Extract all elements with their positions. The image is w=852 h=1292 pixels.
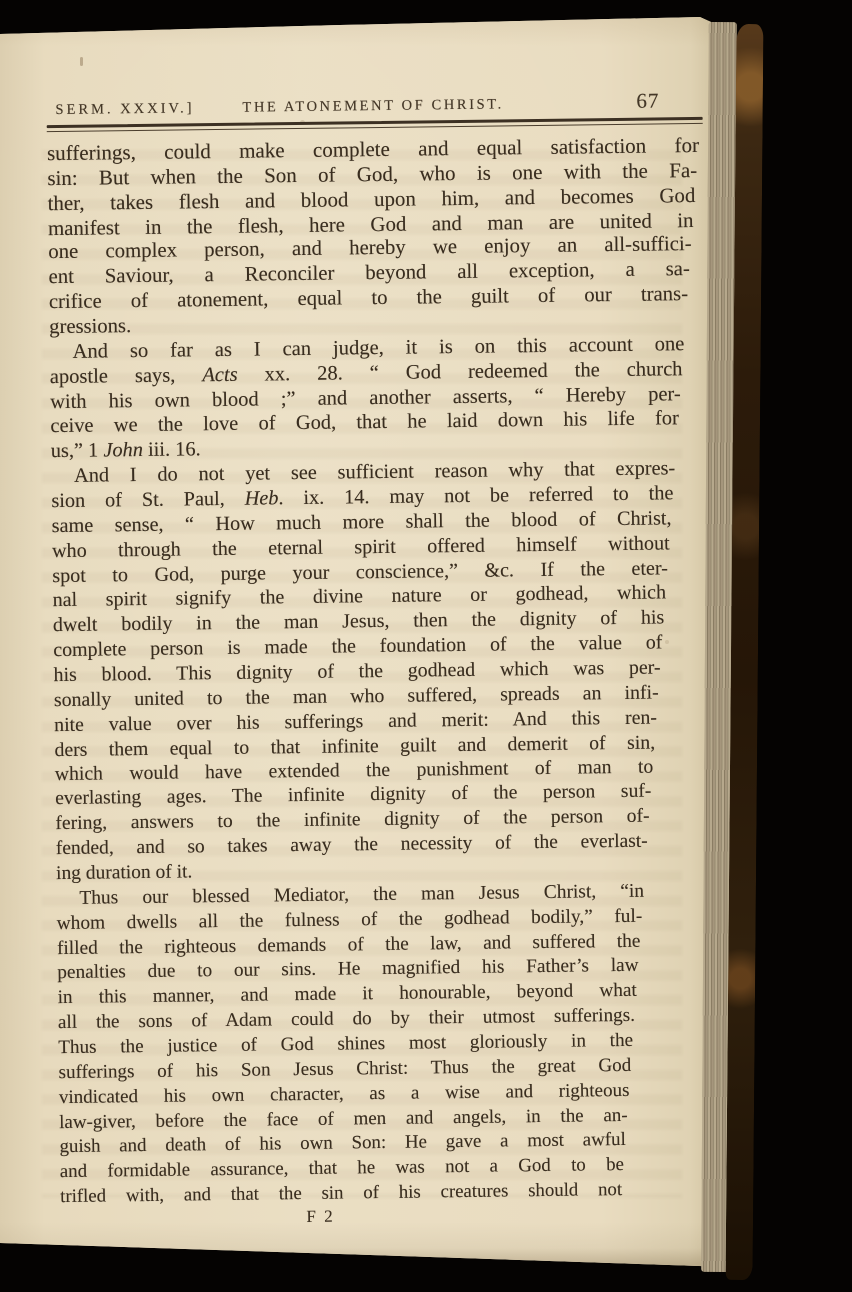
text-segment: and formidable assurance, that he was no… bbox=[60, 1154, 624, 1182]
book-photo: SERM. XXXIV.] THE ATONEMENT OF CHRIST. 6… bbox=[0, 0, 852, 1292]
text-segment: sion of St. Paul, bbox=[51, 488, 245, 512]
text-segment: ing duration of it. bbox=[56, 861, 193, 884]
page-number: 67 bbox=[636, 88, 659, 113]
text-segment: . ix. 14. may not be referred to the bbox=[278, 482, 673, 509]
section-label: SERM. XXXIV.] bbox=[55, 100, 194, 119]
text-segment: gressions. bbox=[49, 315, 131, 338]
text-segment: apostle says, bbox=[50, 364, 203, 388]
text-segment: guish and death of his own Son: He gave … bbox=[59, 1129, 626, 1157]
text-segment: Thus the justice of God shines most glor… bbox=[58, 1030, 633, 1058]
text-segment-italic: John bbox=[103, 439, 143, 461]
text-segment-italic: Acts bbox=[202, 364, 238, 386]
text-segment-italic: Heb bbox=[245, 487, 279, 509]
text-segment: xx. 28. “ God redeemed the church bbox=[237, 358, 682, 386]
running-title: THE ATONEMENT OF CHRIST. bbox=[242, 96, 504, 116]
text-segment: us,” 1 bbox=[51, 440, 104, 463]
text-segment: trifled with, and that the sin of his cr… bbox=[60, 1179, 622, 1207]
text-segment: iii. 16. bbox=[143, 439, 201, 462]
body-text: sufferings, could make complete and equa… bbox=[47, 133, 712, 1210]
signature-mark: F 2 bbox=[306, 1207, 334, 1227]
printed-content: SERM. XXXIV.] THE ATONEMENT OF CHRIST. 6… bbox=[0, 0, 852, 1292]
